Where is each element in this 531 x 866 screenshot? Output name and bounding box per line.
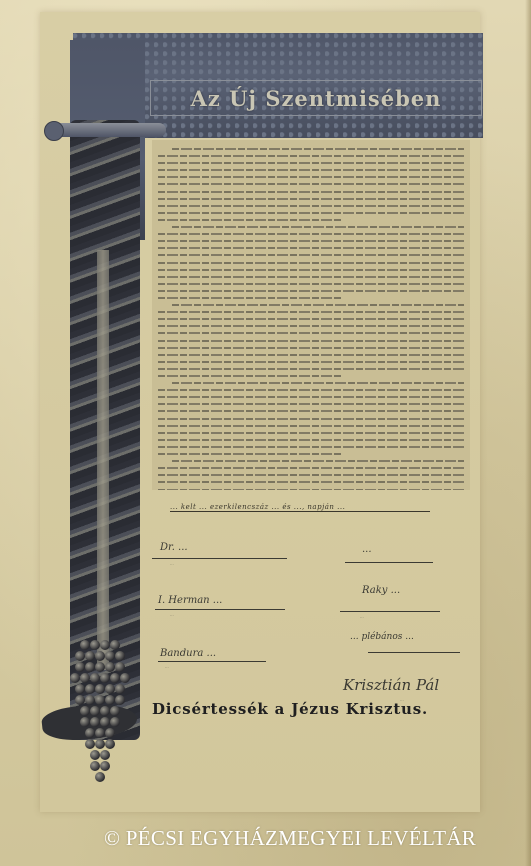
grape-icon [110, 717, 120, 727]
grape-icon [110, 673, 120, 683]
grape-icon [95, 739, 105, 749]
grape-icon [90, 761, 100, 771]
grape-icon [85, 695, 95, 705]
signature-right-3a: ... plébános ... [350, 632, 414, 642]
grape-icon [110, 706, 120, 716]
body-text-line [158, 297, 342, 299]
body-text-line [158, 432, 464, 434]
signature-line [155, 609, 285, 610]
signature-right-1: ... [362, 544, 372, 555]
body-text-line [158, 318, 464, 320]
grape-icon [100, 673, 110, 683]
body-text-line [158, 467, 464, 469]
body-text-line [158, 453, 342, 455]
grape-icon [70, 673, 80, 683]
grape-icon [85, 684, 95, 694]
grape-icon [100, 761, 110, 771]
body-text-line [158, 375, 342, 377]
signature-caption: ... [170, 561, 174, 566]
grape-icon [85, 739, 95, 749]
body-text-line [158, 205, 464, 207]
body-text-line [158, 311, 464, 313]
signature-line [340, 611, 440, 612]
body-text-line [158, 403, 464, 405]
grape-icon [75, 684, 85, 694]
body-text-line [158, 481, 464, 483]
body-text-line [172, 226, 464, 228]
body-text-line [158, 283, 464, 285]
body-text-line [158, 325, 464, 327]
body-text-line [158, 191, 464, 193]
grape-icon [110, 640, 120, 650]
grape-icon [95, 728, 105, 738]
signature-caption: ... [165, 664, 169, 669]
body-text-line [172, 148, 464, 150]
grape-icon [90, 640, 100, 650]
body-text-line [158, 389, 464, 391]
body-text-line [158, 162, 464, 164]
grape-icon [75, 695, 85, 705]
body-text-line [158, 425, 464, 427]
grape-icon [80, 673, 90, 683]
body-text-line [158, 233, 464, 235]
body-text-line [158, 262, 464, 264]
body-text-line [172, 460, 464, 462]
grape-icon [115, 684, 125, 694]
closing-line: ... kelt ... ezerkilencszáz ... és ..., … [170, 503, 430, 512]
body-text-line [158, 361, 464, 363]
body-text-line [158, 276, 464, 278]
grape-icon [115, 651, 125, 661]
signature-right-2: Raky ... [362, 585, 400, 596]
grape-icon [105, 651, 115, 661]
grape-icon [120, 673, 130, 683]
signature-left-2: I. Herman ... [158, 595, 222, 606]
body-text-line [158, 332, 464, 334]
grape-cluster-icon [60, 640, 140, 810]
body-text-line [158, 354, 464, 356]
header-title: Az Új Szentmisében [150, 80, 482, 116]
grape-icon [80, 640, 90, 650]
cross-icon [46, 123, 166, 137]
body-text-line [158, 340, 464, 342]
grape-icon [90, 750, 100, 760]
body-text-line [158, 155, 464, 157]
body-text-line [158, 176, 464, 178]
body-text-line [158, 290, 464, 292]
grape-icon [95, 695, 105, 705]
grape-icon [80, 717, 90, 727]
body-text-line [158, 198, 464, 200]
grape-icon [100, 706, 110, 716]
signature-line [152, 558, 287, 559]
grape-icon [85, 662, 95, 672]
body-text-line [158, 368, 464, 370]
signature-caption: ... [170, 612, 174, 617]
body-text-line [158, 410, 464, 412]
blessing-text: Dicsértessék a Jézus Krisztus. [152, 700, 452, 718]
grape-icon [95, 651, 105, 661]
signature-line [158, 661, 266, 662]
body-text-line [172, 304, 464, 306]
body-text-line [158, 212, 464, 214]
grape-icon [90, 706, 100, 716]
grape-icon [75, 651, 85, 661]
copyright-watermark: © PÉCSI EGYHÁZMEGYEI LEVÉLTÁR [104, 826, 524, 851]
grape-icon [75, 662, 85, 672]
signature-right-3b: Krisztián Pál [343, 676, 439, 694]
grape-icon [100, 717, 110, 727]
grape-icon [95, 662, 105, 672]
body-text-line [158, 240, 464, 242]
signature-caption: ... [360, 614, 364, 619]
grape-icon [90, 717, 100, 727]
grape-icon [90, 673, 100, 683]
body-text-line [158, 219, 342, 221]
grape-icon [95, 772, 105, 782]
body-text-block [152, 140, 470, 490]
body-text-line [158, 439, 464, 441]
body-text-line [158, 183, 464, 185]
body-text-line [158, 446, 464, 448]
grape-icon [105, 739, 115, 749]
cross-stem [97, 250, 109, 670]
body-text-line [158, 347, 464, 349]
photo-edge [525, 0, 531, 866]
grape-icon [105, 662, 115, 672]
grape-icon [105, 684, 115, 694]
body-text-line [158, 254, 464, 256]
signature-line [345, 562, 433, 563]
header-subtitle [290, 114, 480, 124]
signature-left-3: Bandura ... [160, 648, 216, 659]
grape-icon [115, 695, 125, 705]
body-text-line [158, 489, 464, 491]
body-text-line [158, 396, 464, 398]
signature-left-1: Dr. ... [160, 542, 188, 553]
grape-icon [105, 728, 115, 738]
grape-icon [115, 662, 125, 672]
body-text-line [158, 474, 464, 476]
signature-line [368, 652, 460, 653]
body-text-line [158, 418, 464, 420]
cross-knob-icon [44, 121, 64, 141]
grape-icon [95, 684, 105, 694]
body-text-line [158, 269, 464, 271]
body-text-line [158, 169, 464, 171]
grape-icon [100, 750, 110, 760]
body-text-line [172, 382, 464, 384]
grape-icon [105, 695, 115, 705]
grape-icon [85, 651, 95, 661]
grape-icon [80, 706, 90, 716]
grape-icon [85, 728, 95, 738]
grape-icon [100, 640, 110, 650]
body-text-line [158, 247, 464, 249]
